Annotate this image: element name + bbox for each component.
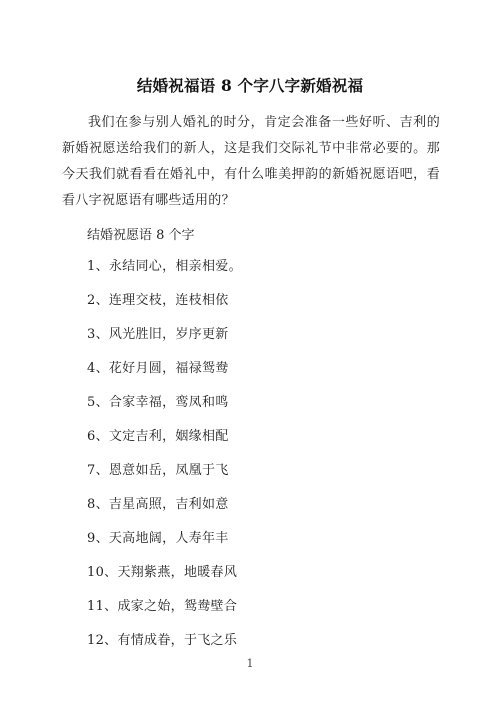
list-item: 3、风光胜旧，岁序更新	[87, 325, 242, 359]
list-item: 2、连理交枝，连枝相依	[87, 291, 242, 325]
document-title: 结婚祝福语 8 个字八字新婚祝福	[0, 74, 500, 96]
list-item: 9、天高地阔，人寿年丰	[87, 529, 242, 563]
page-number: 1	[0, 657, 500, 670]
section-subheading: 结婚祝愿语 8 个字	[87, 224, 195, 243]
list-item: 11、成家之始，鸳鸯壁合	[87, 597, 242, 631]
list-item: 1、永结同心，相亲相爱。	[87, 257, 242, 291]
list-item: 8、吉星高照，吉利如意	[87, 495, 242, 529]
blessing-list: 1、永结同心，相亲相爱。 2、连理交枝，连枝相依 3、风光胜旧，岁序更新 4、花…	[87, 257, 242, 665]
list-item: 7、恩意如岳，凤凰于飞	[87, 461, 242, 495]
list-item: 6、文定吉利，姻缘相配	[87, 427, 242, 461]
document-page: 结婚祝福语 8 个字八字新婚祝福 我们在参与别人婚礼的时分，肯定会准备一些好听、…	[0, 0, 500, 707]
intro-paragraph: 我们在参与别人婚礼的时分，肯定会准备一些好听、吉利的新婚祝愿送给我们的新人，这是…	[62, 110, 440, 214]
list-item: 4、花好月圆，福禄鸳鸯	[87, 359, 242, 393]
list-item: 10、天翔紫燕，地暖春风	[87, 563, 242, 597]
list-item: 5、合家幸福，鸾凤和鸣	[87, 393, 242, 427]
